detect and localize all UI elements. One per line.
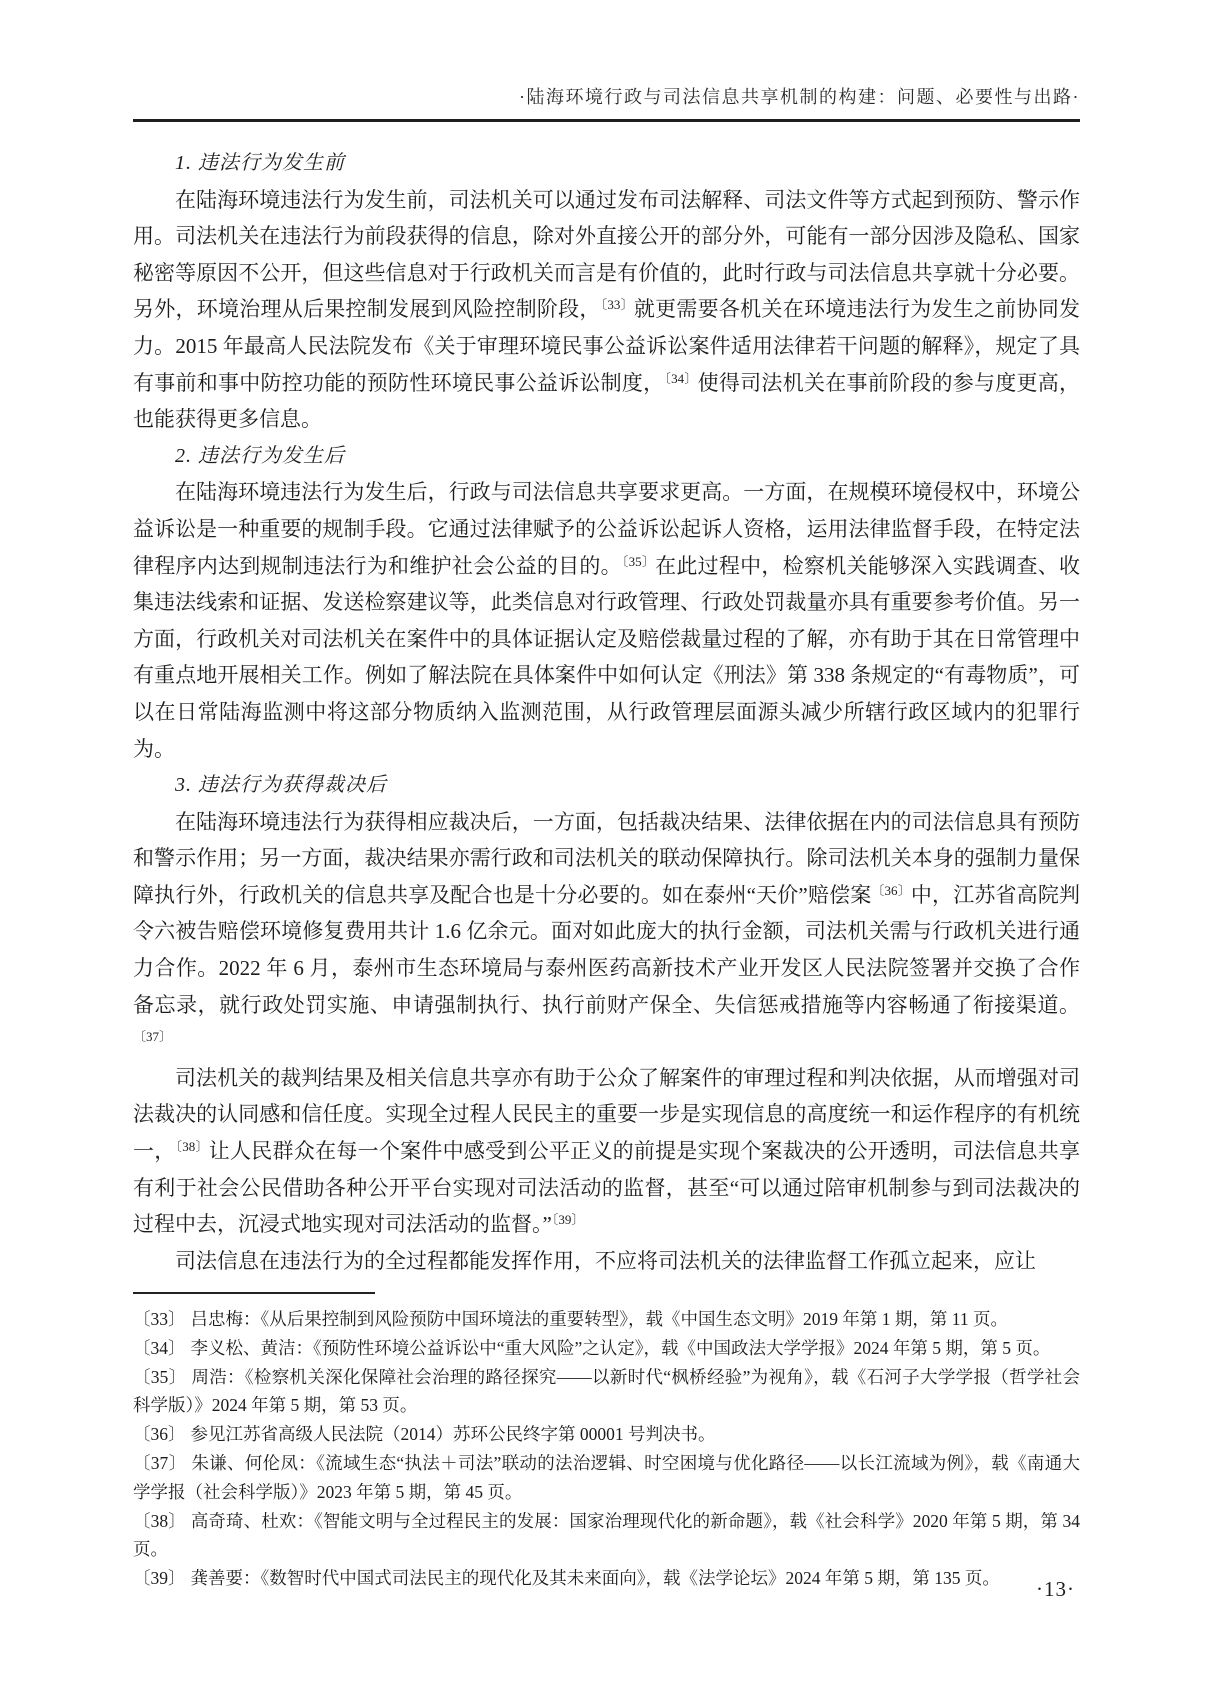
footnote-text: 李义松、黄洁：《预防性环境公益诉讼中“重大风险”之认定》，载《中国政法大学学报》… (191, 1338, 1051, 1358)
text-run: 让人民群众在每一个案件中感受到公平正义的前提是实现个案裁决的公开透明，司法信息共… (133, 1139, 1080, 1236)
footnotes-section: 〔33〕吕忠梅：《从后果控制到风险预防中国环境法的重要转型》，载《中国生态文明》… (133, 1292, 1080, 1593)
footnote-marker: 〔34〕 (133, 1338, 186, 1358)
footnote-item: 〔37〕朱谦、何伦凤：《流域生态“执法＋司法”联动的法治逻辑、时空困境与优化路径… (133, 1449, 1080, 1507)
paragraph: 在陆海环境违法行为发生前，司法机关可以通过发布司法解释、司法文件等方式起到预防、… (133, 182, 1080, 438)
footnote-marker: 〔36〕 (133, 1424, 186, 1444)
article-body: 1. 违法行为发生前在陆海环境违法行为发生前，司法机关可以通过发布司法解释、司法… (133, 145, 1080, 1279)
footnote-list: 〔33〕吕忠梅：《从后果控制到风险预防中国环境法的重要转型》，载《中国生态文明》… (133, 1305, 1080, 1593)
text-run: 司法信息在违法行为的全过程都能发挥作用，不应将司法机关的法律监督工作孤立起来，应… (175, 1249, 1036, 1273)
footnote-separator (133, 1292, 375, 1294)
section-heading: 1. 违法行为发生前 (133, 145, 1080, 182)
footnote-text: 高奇琦、杜欢：《智能文明与全过程民主的发展：国家治理现代化的新命题》，载《社会科… (133, 1511, 1080, 1560)
running-head: ·陆海环境行政与司法信息共享机制的构建：问题、必要性与出路· (519, 83, 1080, 109)
footnote-marker: 〔39〕 (133, 1568, 186, 1588)
paragraph: 司法信息在违法行为的全过程都能发挥作用，不应将司法机关的法律监督工作孤立起来，应… (133, 1243, 1080, 1280)
footnote-text: 龚善要：《数智时代中国式司法民主的现代化及其未来面向》，载《法学论坛》2024 … (191, 1568, 1000, 1588)
footnote-item: 〔38〕高奇琦、杜欢：《智能文明与全过程民主的发展：国家治理现代化的新命题》，载… (133, 1507, 1080, 1565)
footnote-item: 〔35〕周浩：《检察机关深化保障社会治理的路径探究——以新时代“枫桥经验”为视角… (133, 1363, 1080, 1421)
text-run: 在此过程中，检察机关能够深入实践调查、收集违法线索和证据、发送检察建议等，此类信… (133, 554, 1080, 761)
paragraph: 在陆海环境违法行为获得相应裁决后，一方面，包括裁决结果、法律依据在内的司法信息具… (133, 804, 1080, 1060)
footnote-ref: 〔39〕 (552, 1212, 585, 1227)
footnote-ref: 〔33〕 (601, 297, 634, 312)
document-page: ·陆海环境行政与司法信息共享机制的构建：问题、必要性与出路· 1. 违法行为发生… (0, 0, 1217, 1689)
footnote-text: 朱谦、何伦凤：《流域生态“执法＋司法”联动的法治逻辑、时空困境与优化路径——以长… (133, 1453, 1080, 1502)
footnote-item: 〔33〕吕忠梅：《从后果控制到风险预防中国环境法的重要转型》，载《中国生态文明》… (133, 1305, 1080, 1334)
paragraph: 司法机关的裁判结果及相关信息共享亦有助于公众了解案件的审理过程和判决依据，从而增… (133, 1060, 1080, 1243)
page-number: ·13· (1036, 1577, 1075, 1602)
footnote-ref: 〔36〕 (871, 883, 910, 898)
footnote-text: 吕忠梅：《从后果控制到风险预防中国环境法的重要转型》，载《中国生态文明》2019… (191, 1309, 1008, 1329)
footnote-item: 〔39〕龚善要：《数智时代中国式司法民主的现代化及其未来面向》，载《法学论坛》2… (133, 1564, 1080, 1593)
section-heading: 3. 违法行为获得裁决后 (133, 767, 1080, 804)
footnote-item: 〔36〕参见江苏省高级人民法院（2014）苏环公民终字第 00001 号判决书。 (133, 1420, 1080, 1449)
header-rule (133, 119, 1080, 122)
footnote-marker: 〔35〕 (133, 1367, 186, 1387)
footnote-marker: 〔38〕 (133, 1511, 186, 1531)
footnote-marker: 〔33〕 (133, 1309, 186, 1329)
paragraph: 在陆海环境违法行为发生后，行政与司法信息共享要求更高。一方面，在规模环境侵权中，… (133, 474, 1080, 767)
footnote-ref: 〔38〕 (176, 1139, 209, 1154)
footnote-ref: 〔34〕 (664, 371, 697, 386)
footnote-text: 参见江苏省高级人民法院（2014）苏环公民终字第 00001 号判决书。 (191, 1424, 716, 1444)
footnote-item: 〔34〕李义松、黄洁：《预防性环境公益诉讼中“重大风险”之认定》，载《中国政法大… (133, 1334, 1080, 1363)
footnote-text: 周浩：《检察机关深化保障社会治理的路径探究——以新时代“枫桥经验”为视角》，载《… (133, 1367, 1080, 1416)
section-heading: 2. 违法行为发生后 (133, 438, 1080, 475)
footnote-ref: 〔37〕 (133, 1029, 172, 1044)
footnote-ref: 〔35〕 (622, 554, 655, 569)
footnote-marker: 〔37〕 (133, 1453, 186, 1473)
